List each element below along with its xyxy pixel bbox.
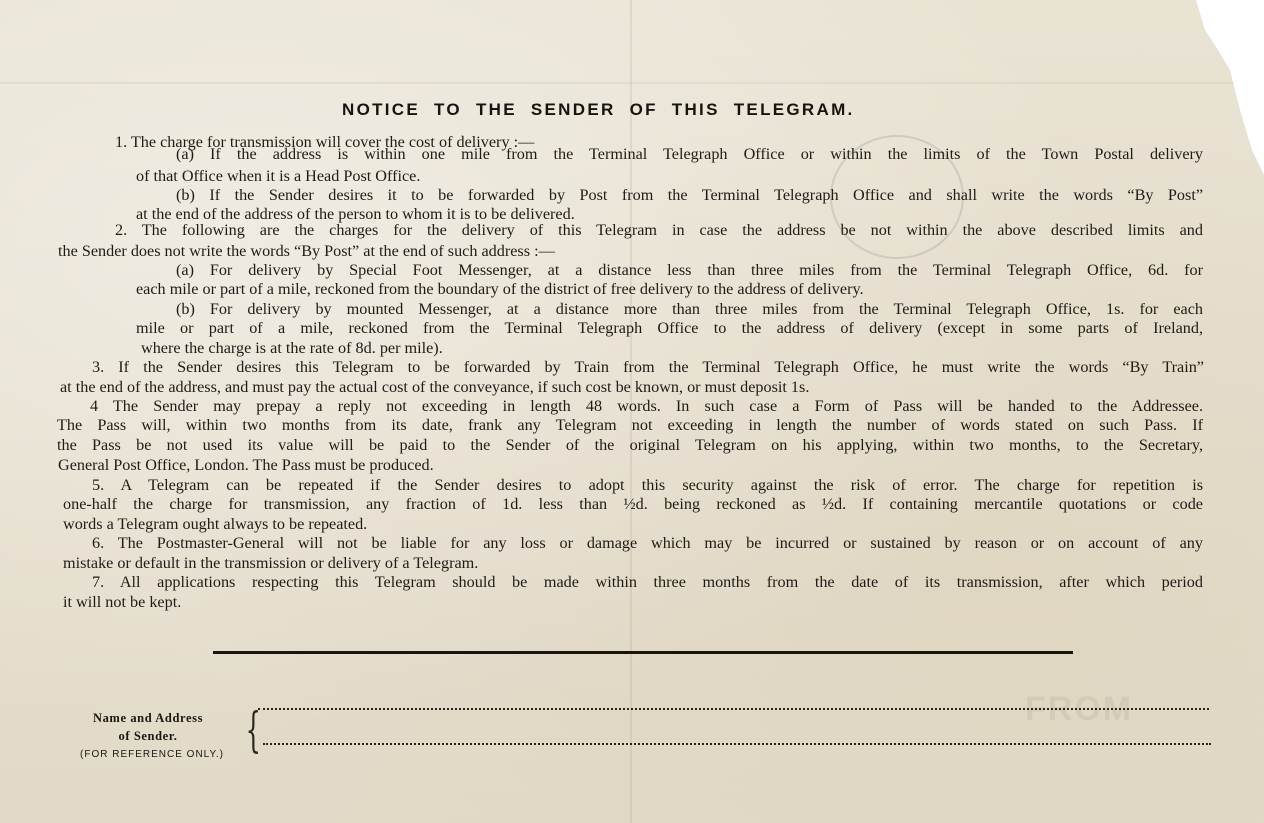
fold-crease-horizontal [0,82,1264,84]
section-5-line-3: words a Telegram ought always to be repe… [63,515,367,533]
section-2a-line-1: (a) For delivery by Special Foot Messeng… [176,261,1203,279]
section-1a-line-1: (a) If the address is within one mile fr… [176,145,1203,163]
sender-reference-note: (FOR REFERENCE ONLY.) [66,749,238,760]
section-4-line-2: The Pass will, within two months from it… [57,416,1203,434]
section-6-line-2: mistake or default in the transmission o… [63,554,478,572]
curly-brace-icon: { [246,705,261,755]
section-2b-line-3: where the charge is at the rate of 8d. p… [141,339,443,357]
horizontal-divider-rule [213,651,1073,654]
sender-label-name-address: Name and Address [62,711,234,726]
telegram-form-back: FROM NOTICE TO THE SENDER OF THIS TELEGR… [0,0,1264,823]
sender-name-field[interactable] [258,708,1209,710]
section-2-line-2: the Sender does not write the words “By … [58,242,555,260]
section-2a-line-2: each mile or part of a mile, reckoned fr… [136,280,864,298]
sender-address-field[interactable] [263,743,1211,745]
section-4-line-3: the Pass be not used its value will be p… [57,436,1203,454]
notice-title: NOTICE TO THE SENDER OF THIS TELEGRAM. [342,100,855,120]
section-5-line-1: 5. A Telegram can be repeated if the Sen… [92,476,1203,494]
section-4-line-1: 4 The Sender may prepay a reply not exce… [90,397,1203,415]
section-6-line-1: 6. The Postmaster-General will not be li… [92,534,1203,552]
section-3-line-2: at the end of the address, and must pay … [60,378,809,396]
section-7-line-1: 7. All applications respecting this Tele… [92,573,1203,591]
section-2b-line-2: mile or part of a mile, reckoned from th… [136,319,1203,337]
section-4-line-4: General Post Office, London. The Pass mu… [58,456,434,474]
section-5-line-2: one-half the charge for transmission, an… [63,495,1203,513]
sender-label-of-sender: of Sender. [62,729,234,744]
section-2-line-1: 2. The following are the charges for the… [115,221,1203,239]
section-1b-line-1: (b) If the Sender desires it to be forwa… [176,186,1203,204]
section-3-line-1: 3. If the Sender desires this Telegram t… [92,358,1204,376]
section-1a-line-2: of that Office when it is a Head Post Of… [136,167,420,185]
section-2b-line-1: (b) For delivery by mounted Messenger, a… [176,300,1203,318]
section-7-line-2: it will not be kept. [63,593,181,611]
